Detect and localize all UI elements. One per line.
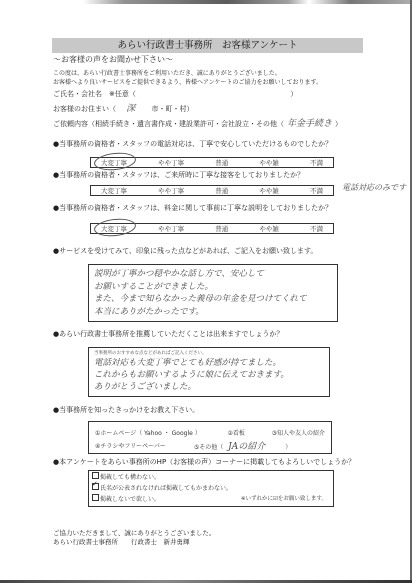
impressions-box[interactable]: 説明が丁寧かつ穏やかな話し方で、安心して お願いすることができました。 また、今…	[88, 264, 338, 322]
address-suffix: 市・町・村）	[151, 105, 193, 113]
checkbox-checked-icon[interactable]	[92, 483, 99, 490]
rating-option[interactable]: やや丁寧	[158, 158, 184, 167]
publish-option-label: 氏名が公表されなければ掲載してもかまわない。	[100, 485, 232, 492]
source-option-flyer[interactable]: ④チラシやフリーペーパー	[95, 441, 166, 450]
rating-option[interactable]: やや雑	[259, 186, 279, 195]
page-subtitle: ～お客様の声をお聞かせ下さい～	[53, 54, 173, 65]
source-other-close: ）	[285, 444, 291, 451]
rating-option[interactable]: やや丁寧	[158, 186, 184, 195]
rating-fees: 大変丁寧 やや丁寧 普通 やや雑 不満	[90, 223, 334, 234]
source-option-homepage[interactable]: ①ホームページ（ Yahoo ・ Google ）	[95, 428, 201, 437]
request-label: ご依頼内容（	[53, 120, 95, 128]
rating-visit: 大変丁寧 やや丁寧 普通 やや雑 不満	[90, 185, 334, 196]
question-fees: ●当事務所の資格者・スタッフは、料金に関して事前に丁寧な説明をしておりましたか？	[53, 203, 332, 213]
question-phone: ●当事務所の資格者・スタッフの電話対応は、丁寧で安心していただけるものでしたか？	[53, 139, 332, 149]
publish-box: 掲載しても構わない。 氏名が公表されなければ掲載してもかまわない。 掲載しないで…	[88, 470, 334, 507]
rating-option[interactable]: やや丁寧	[158, 224, 184, 233]
recommend-line: ありがとうございました。	[94, 381, 324, 393]
rating-option[interactable]: 大変丁寧	[101, 186, 127, 195]
question-recommend: ●あらい行政書士事務所を推薦していただくことは出来ますでしょうか？	[53, 329, 283, 339]
recommend-box[interactable]: 当事務所のおすすめな点などがあればご記入ください。 電話対応も大変丁寧でとても好…	[88, 347, 330, 397]
footer-signature: あらい行政書士事務所 行政書士 新井勇輝	[53, 538, 215, 547]
name-label: ご氏名・会社名 ※任意（	[53, 90, 136, 98]
source-row-1: ①ホームページ（ Yahoo ・ Google ） ②看板 ③知人や友人の紹介	[95, 426, 325, 439]
survey-page: あらい行政書士事務所 お客様アンケート ～お客様の声をお聞かせ下さい～ この度は…	[0, 0, 412, 583]
checkbox-icon[interactable]	[92, 494, 99, 501]
intro-text: この度は、あらい行政書士事務所をご利用いただき、誠にありがとうございました。 お…	[53, 69, 322, 87]
publish-note: ※いずれかに☑をお願い致します。	[241, 494, 327, 505]
source-option-referral[interactable]: ③知人や友人の紹介	[272, 428, 325, 437]
name-close: ）	[290, 90, 297, 98]
publish-option-anonymous[interactable]: 氏名が公表されなければ掲載してもかまわない。	[92, 483, 330, 494]
source-option-other[interactable]: ⑤その他（ JAの紹介 ）	[194, 439, 291, 452]
recommend-line: これからもお願いするように娘に伝えておきます。	[94, 369, 324, 381]
address-value[interactable]: 深	[126, 104, 135, 114]
publish-option-label: 掲載しても構わない。	[100, 474, 160, 481]
footer: ご協力いただきまして、誠にありがとうございました。 あらい行政書士事務所 行政書…	[53, 529, 215, 547]
scan-edge-top	[0, 0, 412, 4]
rating-option[interactable]: 普通	[215, 224, 228, 233]
recommend-hint: 当事務所のおすすめな点などがあればご記入ください。	[94, 350, 324, 357]
source-row-2: ④チラシやフリーペーパー ⑤その他（ JAの紹介 ）	[95, 439, 325, 452]
question-impressions: ●サービスを受けてみて、印象に残った点などがあれば、ご記入をお願い致します。	[53, 246, 317, 256]
request-options[interactable]: 相続手続き・遺言書作成・建設業許可・会社設立・その他（	[95, 120, 284, 128]
address-label: お客様のお住まい（	[53, 105, 116, 113]
publish-option-label: 掲載しないで欲しい。	[100, 496, 160, 503]
source-other-label: ⑤その他（	[194, 444, 223, 451]
source-option-signboard[interactable]: ②看板	[227, 428, 244, 437]
footer-thanks: ご協力いただきまして、誠にありがとうございました。	[53, 529, 215, 538]
impressions-line: また、今まで知らなかった義母の年金を見つけてくれて	[94, 293, 332, 306]
rating-option[interactable]: やや雑	[259, 224, 279, 233]
rating-option[interactable]: 不満	[310, 158, 323, 167]
recommend-line: 電話対応も大変丁寧でとても好感が持てました。	[94, 357, 324, 369]
request-close: ）	[335, 120, 342, 128]
impressions-line: お願いすることができました。	[94, 281, 332, 294]
rating-option[interactable]: 普通	[215, 158, 228, 167]
question-publish: ●本アンケートをあらい事務所のHP（お客様の声）コーナーに掲載してもよろしいでし…	[53, 457, 355, 467]
source-box: ①ホームページ（ Yahoo ・ Google ） ②看板 ③知人や友人の紹介 …	[88, 421, 332, 454]
checkbox-icon[interactable]	[92, 472, 99, 479]
address-field: お客様のお住まい（ 深 市・町・村）	[53, 101, 193, 114]
request-other-value[interactable]: 年金手続き	[287, 119, 332, 129]
rating-option[interactable]: 普通	[215, 186, 228, 195]
rating-option[interactable]: 不満	[310, 224, 323, 233]
rating-option-selected[interactable]: 大変丁寧	[101, 224, 127, 233]
rating-option[interactable]: 不満	[310, 186, 323, 195]
source-other-value[interactable]: JAの紹介	[228, 442, 265, 452]
name-field: ご氏名・会社名 ※任意（ ）	[53, 89, 297, 99]
impressions-line: 本当にありがたかったです。	[94, 306, 332, 319]
visit-side-note: 電話対応のみです	[342, 182, 406, 193]
intro-line: お客様へより良いサービスをご提供できるよう、皆様へアンケートのご協力をお願いして…	[53, 78, 322, 87]
question-source: ●当事務所を知ったきっかけをお教え下さい。	[53, 405, 199, 415]
rating-option[interactable]: やや雑	[259, 158, 279, 167]
impressions-line: 説明が丁寧かつ穏やかな話し方で、安心して	[94, 268, 332, 281]
rating-phone: 大変丁寧 やや丁寧 普通 やや雑 不満	[90, 157, 334, 168]
intro-line: この度は、あらい行政書士事務所をご利用いただき、誠にありがとうございました。	[53, 69, 322, 78]
question-visit: ●当事務所の資格者・スタッフは、ご来所時に丁寧な接客をしておりましたか？	[53, 170, 304, 180]
rating-option-selected[interactable]: 大変丁寧	[101, 158, 127, 167]
request-field: ご依頼内容（相続手続き・遺言書作成・建設業許可・会社設立・その他（年金手続き）	[53, 116, 342, 129]
page-title: あらい行政書士事務所 お客様アンケート	[52, 38, 363, 53]
publish-option-allow[interactable]: 掲載しても構わない。	[92, 472, 330, 483]
